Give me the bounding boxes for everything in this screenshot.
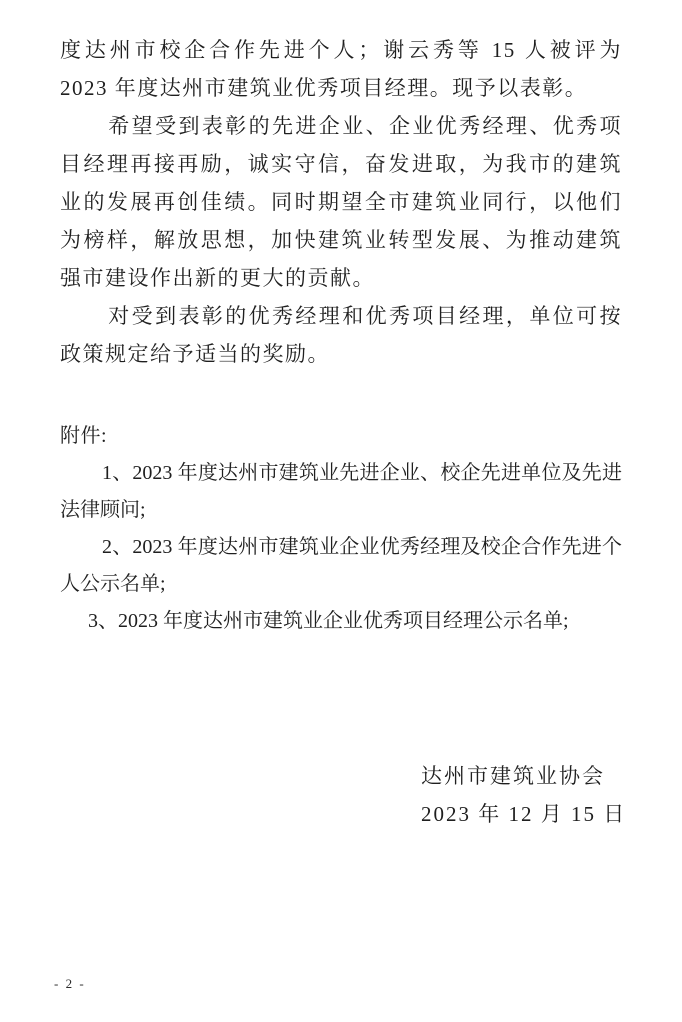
signature-block: 达州市建筑业协会 2023 年 12 月 15 日 [421,757,626,833]
attachment-item-3: 3、2023 年度达州市建筑业企业优秀项目经理公示名单; [60,603,622,640]
document-page: 度达州市校企合作先进个人；谢云秀等 15 人被评为 2023 年度达州市建筑业优… [0,0,682,1022]
page-number: - 2 - [54,976,86,992]
attachment-item-2: 2、2023 年度达州市建筑业企业优秀经理及校企合作先进个人公示名单; [60,529,622,603]
document-body: 度达州市校企合作先进个人；谢云秀等 15 人被评为 2023 年度达州市建筑业优… [60,31,622,640]
signature-date: 2023 年 12 月 15 日 [421,795,626,833]
attachments-label: 附件: [60,417,622,455]
attachments-section: 附件: 1、2023 年度达州市建筑业先进企业、校企先进单位及先进法律顾问; 2… [60,417,622,640]
paragraph-hope: 希望受到表彰的先进企业、企业优秀经理、优秀项目经理再接再励，诚实守信，奋发进取，… [60,107,622,297]
paragraph-continuation: 度达州市校企合作先进个人；谢云秀等 15 人被评为 2023 年度达州市建筑业优… [60,31,622,107]
signature-organization: 达州市建筑业协会 [421,757,626,795]
paragraph-reward: 对受到表彰的优秀经理和优秀项目经理，单位可按政策规定给予适当的奖励。 [60,297,622,373]
attachment-item-1: 1、2023 年度达州市建筑业先进企业、校企先进单位及先进法律顾问; [60,455,622,529]
